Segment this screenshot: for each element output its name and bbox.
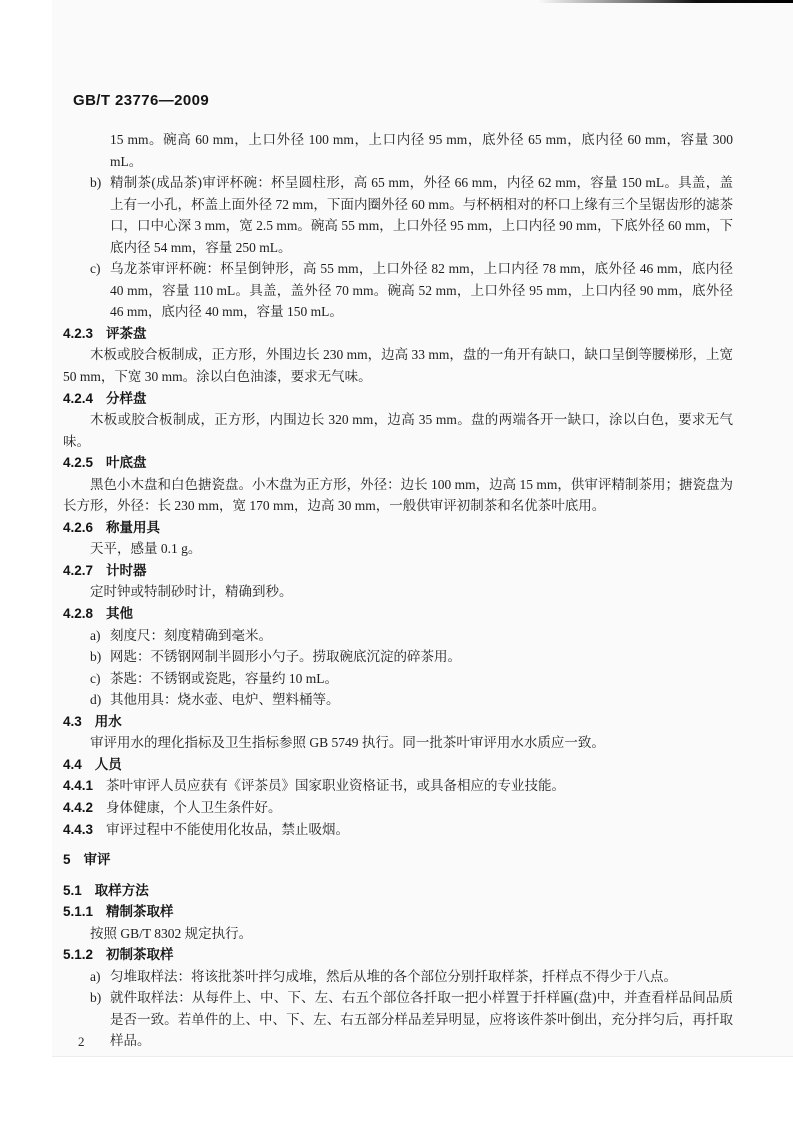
- text: 审评: [84, 852, 111, 867]
- text: 叶底盘: [106, 455, 147, 470]
- text: 取样方法: [95, 883, 149, 898]
- section-heading: 4.2.7计时器: [63, 560, 733, 582]
- text: 木板或胶合板制成，正方形，内围边长 320 mm，边高 35 mm。盘的两端各开…: [63, 412, 733, 449]
- paragraph: 天平，感量 0.1 g。: [63, 538, 733, 560]
- text: 黑色小木盘和白色搪瓷盘。小木盘为正方形，外径：边长 100 mm，边高 15 m…: [63, 477, 733, 514]
- text: 初制茶取样: [106, 947, 174, 962]
- clause-number: 4.4.3: [63, 822, 93, 837]
- list-marker: a): [90, 625, 101, 647]
- text: 审评用水的理化指标及卫生指标参照 GB 5749 执行。同一批茶叶审评用水水质应…: [90, 735, 605, 750]
- paragraph: 审评用水的理化指标及卫生指标参照 GB 5749 执行。同一批茶叶审评用水水质应…: [63, 732, 733, 754]
- clause-number: 4.2.4: [63, 391, 93, 406]
- text: 定时钟或特制砂时计，精确到秒。: [90, 584, 293, 599]
- list-item: c)乌龙茶审评杯碗：杯呈倒钟形，高 55 mm，上口外径 82 mm，上口内径 …: [63, 258, 733, 323]
- clause-number: 5: [63, 852, 71, 867]
- numbered-clause: 4.4.1茶叶审评人员应获有《评茶员》国家职业资格证书，或具备相应的专业技能。: [63, 775, 733, 797]
- clause-number: 4.2.5: [63, 455, 93, 470]
- clause-number: 4.3: [63, 714, 82, 729]
- text: 其他: [106, 606, 133, 621]
- text: 匀堆取样法：将该批茶叶拌匀成堆，然后从堆的各个部位分别扦取样茶，扦样点不得少于八…: [110, 969, 677, 984]
- list-item: c)茶匙：不锈钢或瓷匙，容量约 10 mL。: [63, 668, 733, 690]
- document-body: 15 mm。碗高 60 mm，上口外径 100 mm，上口内径 95 mm，底外…: [63, 129, 733, 1052]
- text: 15 mm。碗高 60 mm，上口外径 100 mm，上口内径 95 mm，底外…: [110, 132, 733, 169]
- section-heading: 4.4人员: [63, 754, 733, 776]
- text: 木板或胶合板制成，正方形，外围边长 230 mm，边高 33 mm，盘的一角开有…: [63, 347, 733, 384]
- section-heading: 4.2.3评茶盘: [63, 323, 733, 345]
- list-marker: a): [90, 966, 101, 988]
- text: 分样盘: [106, 391, 147, 406]
- text: 茶匙：不锈钢或瓷匙，容量约 10 mL。: [110, 671, 338, 686]
- text: 人员: [95, 757, 122, 772]
- text: 其他用具：烧水壶、电炉、塑料桶等。: [110, 692, 340, 707]
- document-page: GB/T 23776—2009 15 mm。碗高 60 mm，上口外径 100 …: [0, 0, 793, 1122]
- clause-number: 4.2.3: [63, 326, 93, 341]
- clause-number: 5.1: [63, 883, 82, 898]
- list-item: b)网匙：不锈钢网制半圆形小勺子。捞取碗底沉淀的碎茶用。: [63, 646, 733, 668]
- text: 审评过程中不能使用化妆品，禁止吸烟。: [106, 822, 349, 837]
- section-heading: 5.1.2初制茶取样: [63, 944, 733, 966]
- list-marker: c): [90, 668, 101, 690]
- page-number: 2: [78, 1034, 85, 1050]
- paragraph: 木板或胶合板制成，正方形，内围边长 320 mm，边高 35 mm。盘的两端各开…: [63, 409, 733, 452]
- text: 天平，感量 0.1 g。: [90, 541, 201, 556]
- clause-number: 4.4.1: [63, 778, 93, 793]
- list-item: b)精制茶(成品茶)审评杯碗：杯呈圆柱形，高 65 mm，外径 66 mm，内径…: [63, 172, 733, 258]
- text: 计时器: [106, 563, 147, 578]
- text: 身体健康，个人卫生条件好。: [106, 800, 282, 815]
- list-continuation: 15 mm。碗高 60 mm，上口外径 100 mm，上口内径 95 mm，底外…: [63, 129, 733, 172]
- section-heading: 4.3用水: [63, 711, 733, 733]
- list-marker: b): [90, 646, 101, 668]
- section-heading: 5.1.1精制茶取样: [63, 901, 733, 923]
- paragraph: 定时钟或特制砂时计，精确到秒。: [63, 581, 733, 603]
- text: 精制茶取样: [106, 904, 174, 919]
- clause-number: 4.2.6: [63, 520, 93, 535]
- section-heading: 4.2.5叶底盘: [63, 452, 733, 474]
- list-marker: c): [90, 258, 101, 280]
- section-heading: 4.2.6称量用具: [63, 517, 733, 539]
- text: 就件取样法：从每件上、中、下、左、右五个部位各扦取一把小样置于扦样匾(盘)中，并…: [110, 990, 733, 1048]
- list-item: a)刻度尺：刻度精确到毫米。: [63, 625, 733, 647]
- clause-number: 4.4: [63, 757, 82, 772]
- list-item: d)其他用具：烧水壶、电炉、塑料桶等。: [63, 689, 733, 711]
- clause-number: 5.1.2: [63, 947, 93, 962]
- clause-number: 5.1.1: [63, 904, 93, 919]
- paragraph: 木板或胶合板制成，正方形，外围边长 230 mm，边高 33 mm，盘的一角开有…: [63, 344, 733, 387]
- numbered-clause: 4.4.2身体健康，个人卫生条件好。: [63, 797, 733, 819]
- clause-number: 4.4.2: [63, 800, 93, 815]
- list-marker: d): [90, 689, 101, 711]
- text: 用水: [95, 714, 122, 729]
- list-marker: b): [90, 172, 101, 194]
- paragraph: 按照 GB/T 8302 规定执行。: [63, 923, 733, 945]
- section-heading: 4.2.4分样盘: [63, 388, 733, 410]
- scan-artifact-line: [538, 0, 793, 3]
- text: 评茶盘: [106, 326, 147, 341]
- list-item: b)就件取样法：从每件上、中、下、左、右五个部位各扦取一把小样置于扦样匾(盘)中…: [63, 987, 733, 1052]
- chapter-heading: 5审评: [63, 849, 733, 871]
- text: 精制茶(成品茶)审评杯碗：杯呈圆柱形，高 65 mm，外径 66 mm，内径 6…: [110, 175, 733, 255]
- text: 刻度尺：刻度精确到毫米。: [110, 628, 272, 643]
- text: 按照 GB/T 8302 规定执行。: [90, 926, 252, 941]
- scanned-page: GB/T 23776—2009 15 mm。碗高 60 mm，上口外径 100 …: [52, 0, 793, 1057]
- text: 网匙：不锈钢网制半圆形小勺子。捞取碗底沉淀的碎茶用。: [110, 649, 461, 664]
- text: 乌龙茶审评杯碗：杯呈倒钟形，高 55 mm，上口外径 82 mm，上口内径 78…: [110, 261, 733, 319]
- text: 茶叶审评人员应获有《评茶员》国家职业资格证书，或具备相应的专业技能。: [106, 778, 565, 793]
- clause-number: 4.2.8: [63, 606, 93, 621]
- paragraph: 黑色小木盘和白色搪瓷盘。小木盘为正方形，外径：边长 100 mm，边高 15 m…: [63, 474, 733, 517]
- list-item: a)匀堆取样法：将该批茶叶拌匀成堆，然后从堆的各个部位分别扦取样茶，扦样点不得少…: [63, 966, 733, 988]
- section-heading: 5.1取样方法: [63, 880, 733, 902]
- list-marker: b): [90, 987, 101, 1009]
- standard-number: GB/T 23776—2009: [73, 92, 209, 109]
- section-heading: 4.2.8其他: [63, 603, 733, 625]
- clause-number: 4.2.7: [63, 563, 93, 578]
- text: 称量用具: [106, 520, 160, 535]
- numbered-clause: 4.4.3审评过程中不能使用化妆品，禁止吸烟。: [63, 819, 733, 841]
